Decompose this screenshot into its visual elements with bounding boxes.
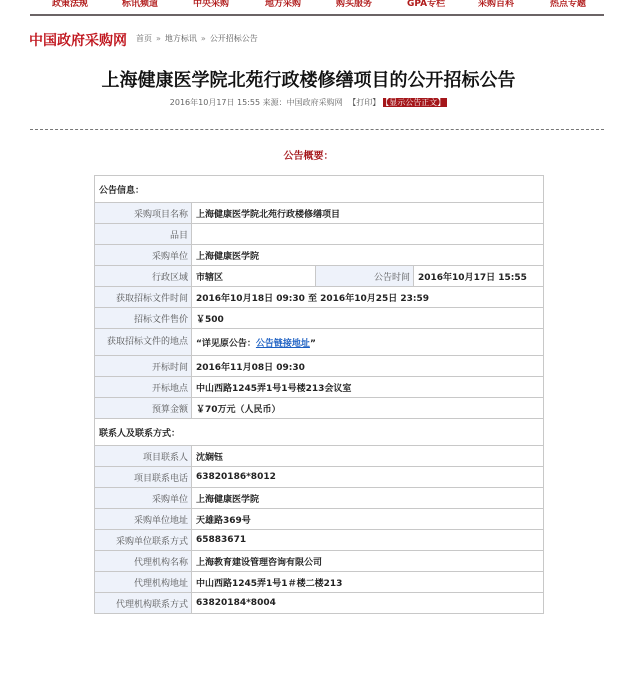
field-label: 项目联系人 [95, 446, 192, 467]
nav-item-policy[interactable]: 政策法规 [52, 0, 88, 9]
open-place-value: 中山西路1245弄1号1号楼213会议室 [192, 377, 544, 398]
field-label: 代理机构名称 [95, 551, 192, 572]
doc-place-prefix: “详见原公告： [196, 339, 256, 349]
field-label: 获取招标文件的地点 [95, 329, 192, 356]
field-label: 招标文件售价 [95, 308, 192, 329]
budget-value: ￥70万元（人民币） [192, 398, 544, 419]
field-label: 采购项目名称 [95, 203, 192, 224]
announcement-link[interactable]: 公告链接地址 [256, 339, 310, 349]
show-full-text-button[interactable]: 【显示公告正文】 [383, 98, 447, 107]
field-label: 采购单位 [95, 245, 192, 266]
table-row: 项目联系人沈娴钰 [95, 446, 544, 467]
table-row: 采购项目名称上海健康医学院北苑行政楼修缮项目 [95, 203, 544, 224]
nav-item-tenders[interactable]: 标讯频道 [122, 0, 158, 9]
section-heading: 公告信息： [95, 176, 544, 203]
top-nav: 政策法规 标讯频道 中央采购 地方采购 购买服务 GPA专栏 采购百科 热点专题 [0, 0, 617, 16]
publish-date: 2016年10月17日 15:55 [170, 98, 260, 107]
table-row: 招标文件售价￥500 [95, 308, 544, 329]
breadcrumb: 首页»地方标讯»公开招标公告 [136, 33, 258, 44]
table-row: 代理机构地址中山西路1245弄1号1＃楼二楼213 [95, 572, 544, 593]
table-row: 采购单位地址天雄路369号 [95, 509, 544, 530]
project-name-value: 上海健康医学院北苑行政楼修缮项目 [192, 203, 544, 224]
field-label: 品目 [95, 224, 192, 245]
field-label: 开标地点 [95, 377, 192, 398]
agency-name-value: 上海教育建设管理咨询有限公司 [192, 551, 544, 572]
field-label: 代理机构联系方式 [95, 593, 192, 614]
breadcrumb-local-tenders[interactable]: 地方标讯 [165, 34, 197, 43]
open-time-value: 2016年11月08日 09:30 [192, 356, 544, 377]
field-label: 获取招标文件时间 [95, 287, 192, 308]
summary-heading: 公告概要： [0, 147, 617, 162]
nav-divider [30, 14, 604, 16]
table-row: 代理机构名称上海教育建设管理咨询有限公司 [95, 551, 544, 572]
section-heading: 联系人及联系方式： [95, 419, 544, 446]
table-row: 项目联系电话63820186*8012 [95, 467, 544, 488]
field-label: 采购单位地址 [95, 509, 192, 530]
table-row: 采购单位上海健康医学院 [95, 488, 544, 509]
article-meta: 2016年10月17日 15:55 来源：中国政府采购网 【打印】【显示公告正文… [0, 97, 617, 108]
nav-item-services[interactable]: 购买服务 [336, 0, 372, 9]
nav-item-topics[interactable]: 热点专题 [550, 0, 586, 9]
table-row: 品目 [95, 224, 544, 245]
purchaser-contact-value: 65883671 [192, 530, 544, 551]
table-row: 代理机构联系方式63820184*8004 [95, 593, 544, 614]
purchaser-value: 上海健康医学院 [192, 245, 544, 266]
print-link[interactable]: 【打印】 [348, 98, 380, 107]
field-label: 项目联系电话 [95, 467, 192, 488]
agency-address-value: 中山西路1245弄1号1＃楼二楼213 [192, 572, 544, 593]
contact-person-value: 沈娴钰 [192, 446, 544, 467]
doc-price-value: ￥500 [192, 308, 544, 329]
table-row: 获取招标文件的地点“详见原公告：公告链接地址” [95, 329, 544, 356]
nav-item-gpa[interactable]: GPA专栏 [407, 0, 445, 9]
breadcrumb-current[interactable]: 公开招标公告 [210, 34, 258, 43]
field-label: 开标时间 [95, 356, 192, 377]
table-row: 开标地点中山西路1245弄1号1号楼213会议室 [95, 377, 544, 398]
page-title: 上海健康医学院北苑行政楼修缮项目的公开招标公告 [0, 66, 617, 92]
field-label: 采购单位联系方式 [95, 530, 192, 551]
field-label: 采购单位 [95, 488, 192, 509]
doc-time-value: 2016年10月18日 09:30 至 2016年10月25日 23:59 [192, 287, 544, 308]
nav-item-wiki[interactable]: 采购百科 [478, 0, 514, 9]
table-row: 采购单位上海健康医学院 [95, 245, 544, 266]
table-row: 公告信息： [95, 176, 544, 203]
nav-item-local[interactable]: 地方采购 [265, 0, 301, 9]
category-value [192, 224, 544, 245]
source-label: 来源： [263, 98, 287, 107]
table-row: 行政区域 市辖区 公告时间 2016年10月17日 15:55 [95, 266, 544, 287]
table-row: 联系人及联系方式： [95, 419, 544, 446]
agency-contact-value: 63820184*8004 [192, 593, 544, 614]
nav-item-central[interactable]: 中央采购 [193, 0, 229, 9]
breadcrumb-separator: » [156, 34, 161, 43]
field-label: 行政区域 [95, 266, 192, 287]
field-label: 公告时间 [316, 266, 414, 287]
breadcrumb-home[interactable]: 首页 [136, 34, 152, 43]
announcement-info-table: 公告信息： 采购项目名称上海健康医学院北苑行政楼修缮项目 品目 采购单位上海健康… [94, 175, 544, 614]
dashed-divider [30, 129, 604, 130]
breadcrumb-separator: » [201, 34, 206, 43]
doc-place-value: “详见原公告：公告链接地址” [192, 329, 544, 356]
purchaser-address-value: 天雄路369号 [192, 509, 544, 530]
field-label: 预算金额 [95, 398, 192, 419]
source-name: 中国政府采购网 [287, 98, 343, 107]
announce-time-value: 2016年10月17日 15:55 [414, 266, 544, 287]
contact-phone-value: 63820186*8012 [192, 467, 544, 488]
site-logo[interactable]: 中国政府采购网 [29, 30, 127, 50]
table-row: 预算金额￥70万元（人民币） [95, 398, 544, 419]
purchaser-value: 上海健康医学院 [192, 488, 544, 509]
doc-place-suffix: ” [310, 339, 316, 349]
table-row: 采购单位联系方式65883671 [95, 530, 544, 551]
field-label: 代理机构地址 [95, 572, 192, 593]
table-row: 获取招标文件时间2016年10月18日 09:30 至 2016年10月25日 … [95, 287, 544, 308]
table-row: 开标时间2016年11月08日 09:30 [95, 356, 544, 377]
region-value: 市辖区 [192, 266, 316, 287]
